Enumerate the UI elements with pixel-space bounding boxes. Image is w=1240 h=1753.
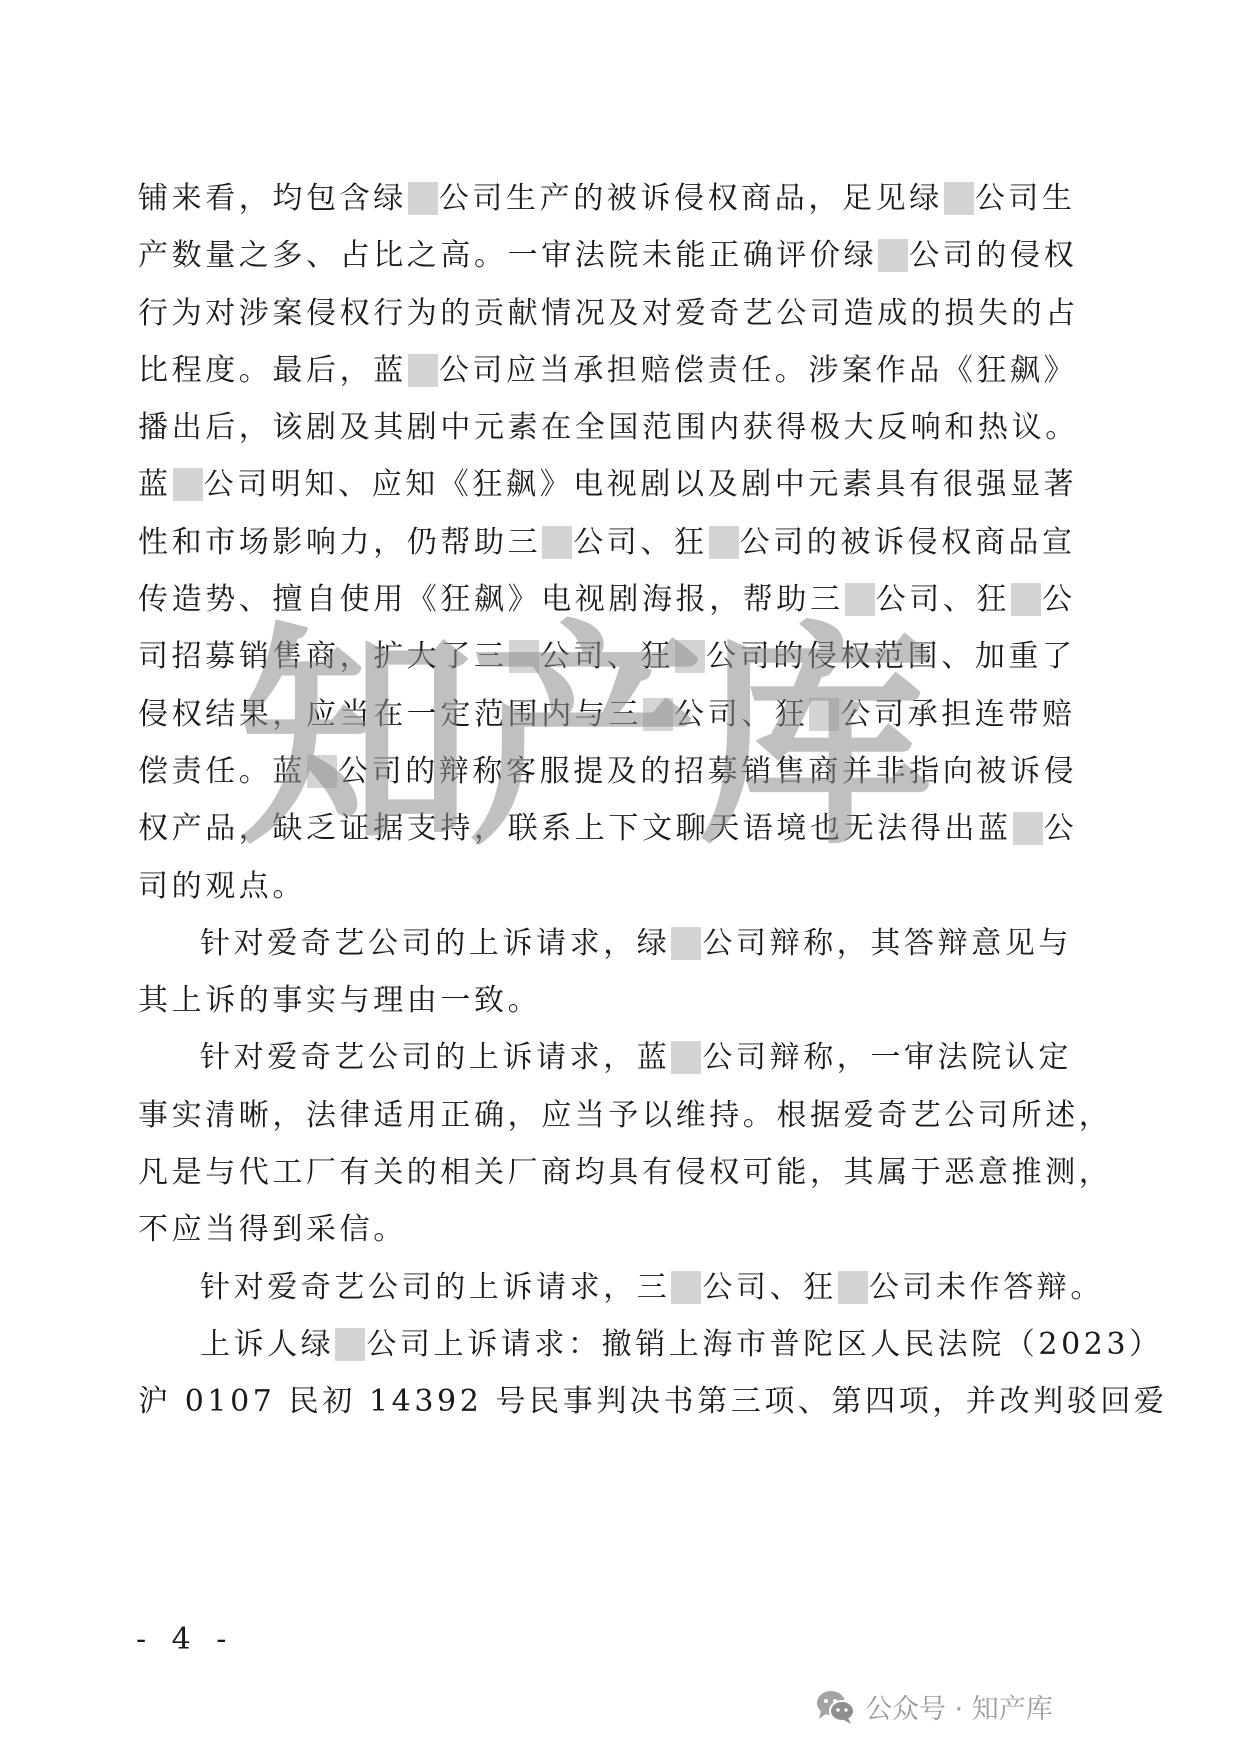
redaction-block (671, 927, 701, 960)
text-line: 针对爱奇艺公司的上诉请求，蓝公司辩称，一审法院认定 (138, 1029, 974, 1086)
text-line: 不应当得到采信。 (138, 1201, 974, 1258)
redaction-block (1011, 583, 1041, 616)
text-line: 司招募销售商，扩大了三公司、狂公司的侵权范围、加重了 (138, 628, 974, 685)
text-segment: 其上诉的事实与理由一致。 (138, 983, 541, 1018)
redaction-block (173, 468, 203, 501)
redaction-block (671, 1041, 701, 1074)
text-segment: 铺来看，均包含绿 (138, 181, 407, 216)
text-segment: 公司的侵权范围、加重了 (706, 639, 1076, 674)
text-segment: 针对爱奇艺公司的上诉请求，蓝 (200, 1040, 670, 1075)
text-segment: 侵权结果，应当在一定范围内与三 (138, 697, 642, 732)
text-segment: 凡是与代工厂有关的相关厂商均具有侵权可能，其属于恶意推测， (138, 1155, 1112, 1190)
text-segment: 沪 0107 民初 14392 号民事判决书第三项、第四项，并改判驳回爱 (138, 1384, 1168, 1419)
text-segment: 公司应当承担赔偿责任。涉案作品《狂飙》 (439, 353, 1077, 388)
redaction-block (809, 698, 839, 731)
text-segment: 偿责任。蓝 (138, 754, 306, 789)
text-segment: 性和市场影响力，仍帮助三 (138, 525, 541, 560)
redaction-block (643, 698, 673, 731)
text-segment: 公司、狂 (674, 697, 808, 732)
text-segment: 公司、狂 (540, 639, 674, 674)
redaction-block (509, 640, 539, 673)
text-segment: 行为对涉案侵权行为的贡献情况及对爱奇艺公司造成的损失的占 (138, 296, 1079, 331)
footer-brand[interactable]: 公众号 · 知产库 (815, 1687, 1053, 1726)
text-segment: 不应当得到采信。 (138, 1212, 407, 1247)
text-line: 传造势、擅自使用《狂飙》电视剧海报，帮助三公司、狂公 (138, 571, 974, 628)
text-segment: 公司的侵权 (909, 238, 1077, 273)
redaction-block (944, 182, 974, 215)
text-segment: 公司未作答辩。 (869, 1270, 1104, 1305)
text-line: 铺来看，均包含绿公司生产的被诉侵权商品，足见绿公司生 (138, 170, 974, 227)
text-segment: 公司辩称，一审法院认定 (702, 1040, 1072, 1075)
text-line: 凡是与代工厂有关的相关厂商均具有侵权可能，其属于恶意推测， (138, 1144, 974, 1201)
text-segment: 播出后，该剧及其剧中元素在全国范围内获得极大反响和热议。 (138, 410, 1079, 445)
text-line: 偿责任。蓝公司的辩称客服提及的招募销售商并非指向被诉侵 (138, 743, 974, 800)
text-segment: 比程度。最后，蓝 (138, 353, 407, 388)
text-line: 其上诉的事实与理由一致。 (138, 972, 974, 1029)
text-segment: 公司生 (975, 181, 1076, 216)
text-segment: 公司、狂 (573, 525, 707, 560)
text-segment: 公司上诉请求：撤销上海市普陀区人民法院（2023） (366, 1327, 1162, 1362)
text-segment: 司招募销售商，扩大了三 (138, 639, 508, 674)
text-line: 比程度。最后，蓝公司应当承担赔偿责任。涉案作品《狂飙》 (138, 342, 974, 399)
text-segment: 公司的被诉侵权商品宣 (740, 525, 1076, 560)
redaction-block (335, 1328, 365, 1361)
text-segment: 传造势、擅自使用《狂飙》电视剧海报，帮助三 (138, 582, 844, 617)
text-line: 针对爱奇艺公司的上诉请求，绿公司辩称，其答辩意见与 (138, 915, 974, 972)
text-segment: 产数量之多、占比之高。一审法院未能正确评价绿 (138, 238, 877, 273)
text-line: 行为对涉案侵权行为的贡献情况及对爱奇艺公司造成的损失的占 (138, 285, 974, 342)
text-segment: 公司、狂 (876, 582, 1010, 617)
text-segment: 公 (1042, 582, 1076, 617)
page-number: - 4 - (136, 1622, 234, 1657)
text-segment: 司的观点。 (138, 869, 306, 904)
wechat-icon (815, 1689, 857, 1725)
text-line: 播出后，该剧及其剧中元素在全国范围内获得极大反响和热议。 (138, 399, 974, 456)
redaction-block (408, 182, 438, 215)
redaction-block (675, 640, 705, 673)
redaction-block (307, 755, 337, 788)
redaction-block (1013, 812, 1043, 845)
text-segment: 蓝 (138, 467, 172, 502)
document-page: 铺来看，均包含绿公司生产的被诉侵权商品，足见绿公司生产数量之多、占比之高。一审法… (0, 0, 1240, 1753)
text-segment: 公 (1044, 811, 1078, 846)
text-line: 沪 0107 民初 14392 号民事判决书第三项、第四项，并改判驳回爱 (138, 1373, 974, 1430)
text-line: 产数量之多、占比之高。一审法院未能正确评价绿公司的侵权 (138, 227, 974, 284)
body-text: 铺来看，均包含绿公司生产的被诉侵权商品，足见绿公司生产数量之多、占比之高。一审法… (138, 170, 974, 1431)
text-line: 性和市场影响力，仍帮助三公司、狂公司的被诉侵权商品宣 (138, 514, 974, 571)
text-segment: 公司承担连带赔 (840, 697, 1075, 732)
text-segment: 针对爱奇艺公司的上诉请求，绿 (200, 926, 670, 961)
redaction-block (542, 526, 572, 559)
text-line: 司的观点。 (138, 858, 974, 915)
text-line: 权产品，缺乏证据支持，联系上下文聊天语境也无法得出蓝公 (138, 800, 974, 857)
text-segment: 事实清晰，法律适用正确，应当予以维持。根据爱奇艺公司所述， (138, 1098, 1112, 1133)
redaction-block (671, 1271, 701, 1304)
text-segment: 公司的辩称客服提及的招募销售商并非指向被诉侵 (338, 754, 1077, 789)
redaction-block (878, 239, 908, 272)
text-line: 针对爱奇艺公司的上诉请求，三公司、狂公司未作答辩。 (138, 1259, 974, 1316)
redaction-block (408, 354, 438, 387)
text-line: 蓝公司明知、应知《狂飙》电视剧以及剧中元素具有很强显著 (138, 456, 974, 513)
text-line: 事实清晰，法律适用正确，应当予以维持。根据爱奇艺公司所述， (138, 1087, 974, 1144)
redaction-block (838, 1271, 868, 1304)
text-line: 上诉人绿公司上诉请求：撤销上海市普陀区人民法院（2023） (138, 1316, 974, 1373)
text-segment: 公司生产的被诉侵权商品，足见绿 (439, 181, 943, 216)
text-segment: 公司辩称，其答辩意见与 (702, 926, 1072, 961)
text-segment: 公司明知、应知《狂飙》电视剧以及剧中元素具有很强显著 (204, 467, 1078, 502)
text-segment: 权产品，缺乏证据支持，联系上下文聊天语境也无法得出蓝 (138, 811, 1012, 846)
text-segment: 针对爱奇艺公司的上诉请求，三 (200, 1270, 670, 1305)
text-segment: 公司、狂 (702, 1270, 836, 1305)
redaction-block (709, 526, 739, 559)
footer-label: 公众号 · 知产库 (865, 1687, 1053, 1726)
text-segment: 上诉人绿 (200, 1327, 334, 1362)
redaction-block (845, 583, 875, 616)
text-line: 侵权结果，应当在一定范围内与三公司、狂公司承担连带赔 (138, 686, 974, 743)
